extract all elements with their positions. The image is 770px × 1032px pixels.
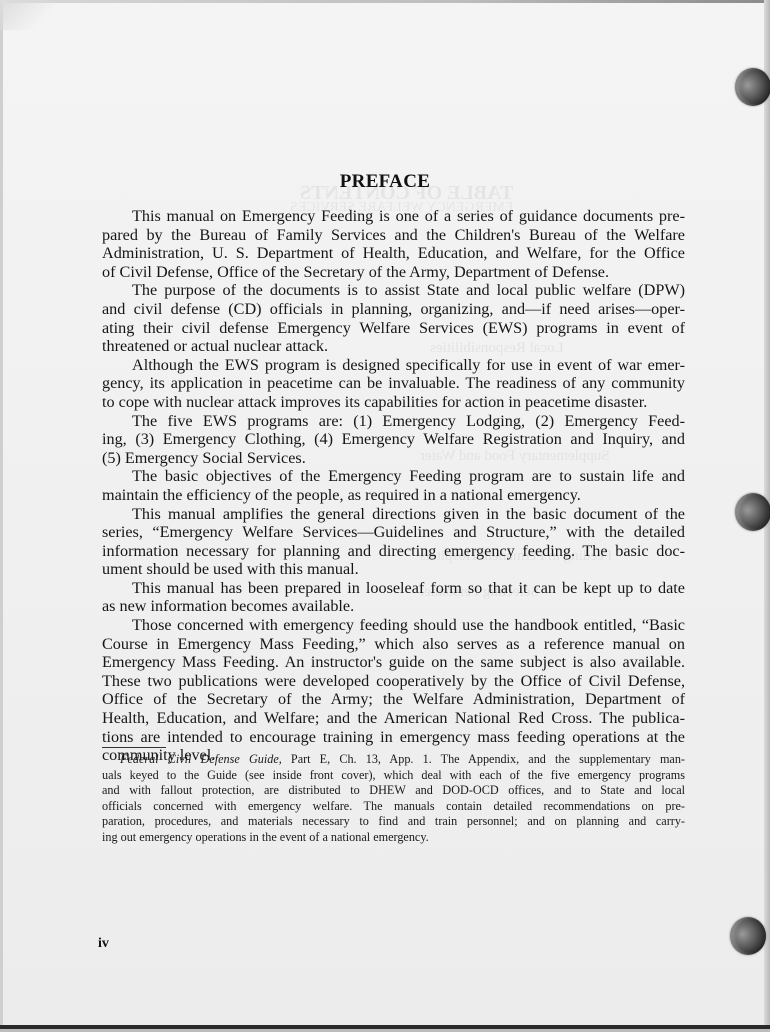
paragraph: This manual has been prepared in loosele… bbox=[102, 579, 685, 616]
text-line: gency, its application in peacetime can … bbox=[102, 374, 685, 393]
paragraph: The basic objectives of the Emergency Fe… bbox=[102, 467, 685, 504]
footnote-line: ing out emergency operations in the even… bbox=[102, 830, 685, 846]
paragraph: Those concerned with emergency feeding s… bbox=[102, 616, 685, 765]
footnote-line: uals keyed to the Guide (see inside fron… bbox=[102, 768, 685, 784]
paragraph: This manual on Emergency Feeding is one … bbox=[102, 207, 685, 281]
text-line: This manual on Emergency Feeding is one … bbox=[102, 207, 685, 226]
text-line: Those concerned with emergency feeding s… bbox=[102, 616, 685, 635]
footnote-line: Federal Civil Defense Guide, Part E, Ch.… bbox=[102, 752, 685, 768]
text-line: series, “Emergency Welfare Services—Guid… bbox=[102, 523, 685, 542]
text-line: Health, Education, and Welfare; and the … bbox=[102, 709, 685, 728]
text-line: ating their civil defense Emergency Welf… bbox=[102, 319, 685, 338]
scanned-page: TABLE OF CONTENTS EMERGENCY WELFARE SERV… bbox=[0, 0, 770, 1032]
text-line: ing, (3) Emergency Clothing, (4) Emergen… bbox=[102, 430, 685, 449]
binder-hole-bottom bbox=[730, 917, 766, 955]
text-line: information necessary for planning and d… bbox=[102, 542, 685, 561]
text-line: This manual has been prepared in loosele… bbox=[102, 579, 685, 598]
binder-hole-middle bbox=[735, 493, 770, 531]
text-line: The purpose of the documents is to assis… bbox=[102, 281, 685, 300]
page-title: PREFACE bbox=[0, 171, 770, 193]
text-line: and civil defense (CD) officials in plan… bbox=[102, 300, 685, 319]
page-number: iv bbox=[98, 936, 109, 952]
text-line: Office of the Secretary of the Army; the… bbox=[102, 690, 685, 709]
text-line: maintain the efficiency of the people, a… bbox=[102, 486, 685, 505]
scan-edge-top bbox=[0, 0, 770, 3]
page-corner-shadow bbox=[0, 0, 60, 30]
paragraph: Although the EWS program is designed spe… bbox=[102, 356, 685, 412]
binder-hole-top bbox=[735, 68, 770, 106]
text-line: as new information becomes available. bbox=[102, 597, 685, 616]
text-line: This manual amplifies the general direct… bbox=[102, 505, 685, 524]
text-line: Although the EWS program is designed spe… bbox=[102, 356, 685, 375]
text-line: These two publications were developed co… bbox=[102, 672, 685, 691]
text-line: tions are intended to encourage training… bbox=[102, 728, 685, 747]
preface-body: This manual on Emergency Feeding is one … bbox=[102, 207, 685, 765]
footnote-line: and with fallout protection, are distrib… bbox=[102, 783, 685, 799]
scan-edge-left bbox=[0, 0, 3, 1032]
text-line: (5) Emergency Social Services. bbox=[102, 449, 685, 468]
footnote: Federal Civil Defense Guide, Part E, Ch.… bbox=[102, 752, 685, 846]
paragraph: The five EWS programs are: (1) Emergency… bbox=[102, 412, 685, 468]
text-line: of Civil Defense, Office of the Secretar… bbox=[102, 263, 685, 282]
text-line: to cope with nuclear attack improves its… bbox=[102, 393, 685, 412]
text-line: The basic objectives of the Emergency Fe… bbox=[102, 467, 685, 486]
footnote-line: officials concerned with emergency welfa… bbox=[102, 799, 685, 815]
text-line: pared by the Bureau of Family Services a… bbox=[102, 226, 685, 245]
footnote-divider bbox=[102, 747, 166, 748]
text-line: ument should be used with this manual. bbox=[102, 560, 685, 579]
footnote-citation: Federal Civil Defense Guide, bbox=[120, 752, 282, 766]
footnote-text: Part E, Ch. 13, App. 1. The Appendix, an… bbox=[282, 752, 685, 766]
text-line: Administration, U. S. Department of Heal… bbox=[102, 244, 685, 263]
text-line: threatened or actual nuclear attack. bbox=[102, 337, 685, 356]
paragraph: The purpose of the documents is to assis… bbox=[102, 281, 685, 355]
text-line: Emergency Mass Feeding. An instructor's … bbox=[102, 653, 685, 672]
paragraph: This manual amplifies the general direct… bbox=[102, 505, 685, 579]
text-line: The five EWS programs are: (1) Emergency… bbox=[102, 412, 685, 431]
footnote-line: paration, procedures, and materials nece… bbox=[102, 814, 685, 830]
text-line: Course in Emergency Mass Feeding,” which… bbox=[102, 635, 685, 654]
